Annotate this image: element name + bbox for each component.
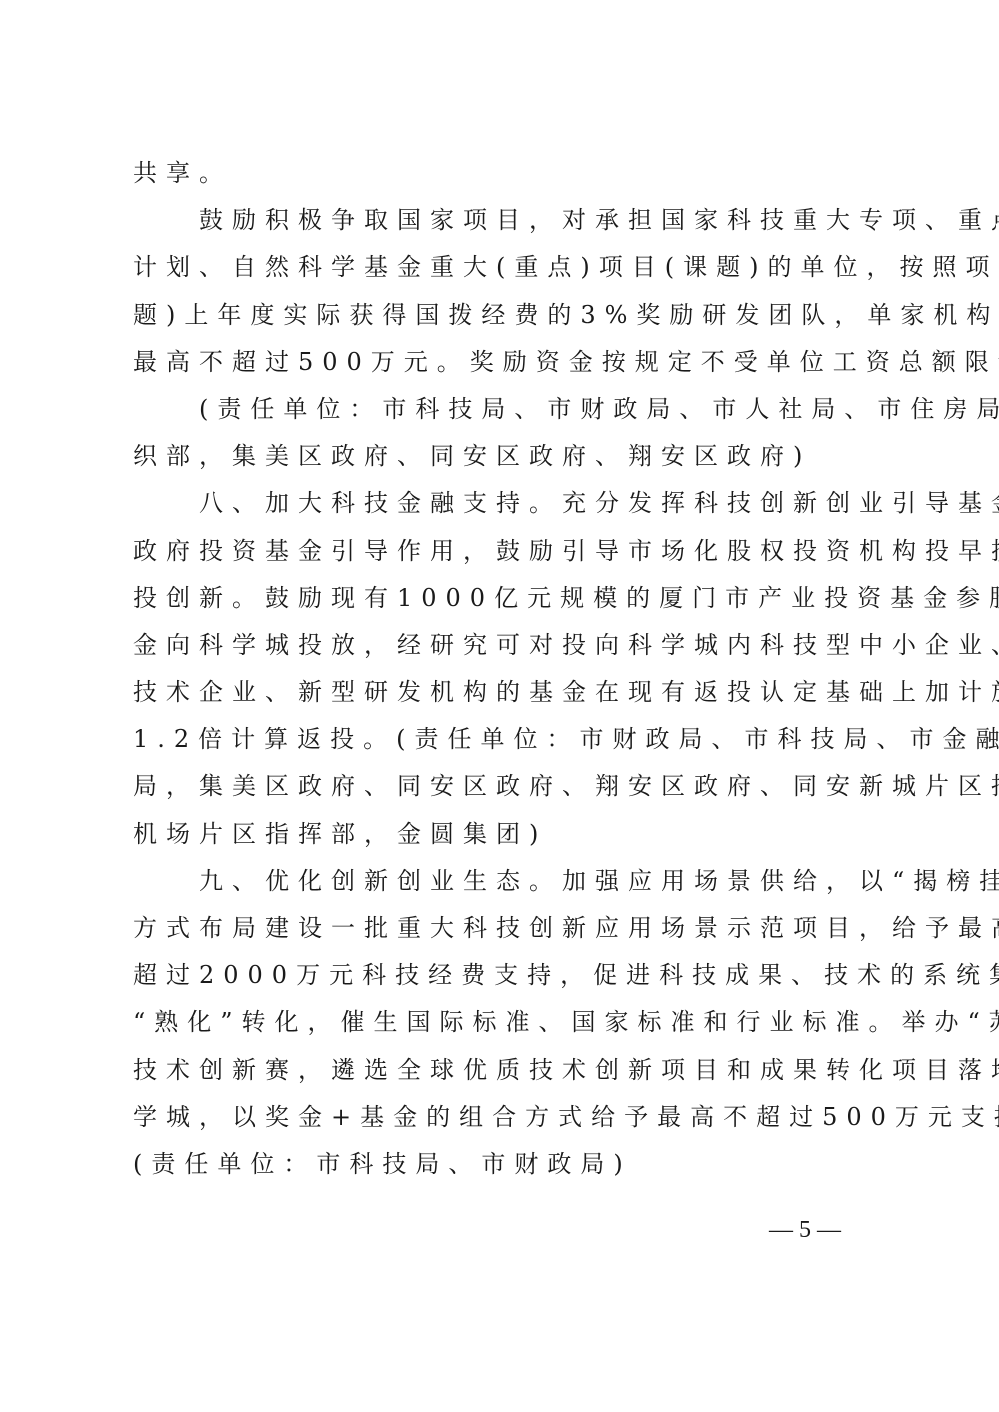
text-line: 织部，集美区政府、同安区政府、翔安区政府): [133, 433, 873, 480]
page-number: — 5 —: [760, 1210, 850, 1250]
text-line: 学城，以奖金+基金的组合方式给予最高不超过500万元支持。: [133, 1094, 873, 1141]
responsible-units-note: (责任单位：市科技局、市财政局): [133, 1141, 873, 1188]
text-line: 题)上年度实际获得国拨经费的3%奖励研发团队，单家机构每年: [133, 292, 873, 339]
responsible-units-note: (责任单位：市科技局、市财政局、市人社局、市住房局，市委组: [133, 386, 873, 433]
text-line: 1.2倍计算返投。(责任单位：市财政局、市科技局、市金融监管: [133, 716, 873, 763]
text-line: “熟化”转化，催生国际标准、国家标准和行业标准。举办“苏颂杯”: [133, 999, 873, 1046]
text-line: 投创新。鼓励现有1000亿元规模的厦门市产业投资基金参股基: [133, 575, 873, 622]
text-line-continuation: 共享。: [133, 150, 873, 197]
text-line: 金向科学城投放，经研究可对投向科学城内科技型中小企业、高新: [133, 622, 873, 669]
text-line: 超过2000万元科技经费支持，促进科技成果、技术的系统集成与: [133, 952, 873, 999]
document-page: 共享。 鼓励积极争取国家项目，对承担国家科技重大专项、重点研发 计划、自然科学基…: [0, 0, 999, 1412]
body-text: 共享。 鼓励积极争取国家项目，对承担国家科技重大专项、重点研发 计划、自然科学基…: [133, 150, 873, 1188]
text-line: 最高不超过500万元。奖励资金按规定不受单位工资总额限制。: [133, 339, 873, 386]
section-8-heading-paragraph: 八、加大科技金融支持。充分发挥科技创新创业引导基金等: [133, 480, 873, 527]
text-line: 技术创新赛，遴选全球优质技术创新项目和成果转化项目落地科: [133, 1047, 873, 1094]
text-line: 局，集美区政府、同安区政府、翔安区政府、同安新城片区指挥部、: [133, 763, 873, 810]
text-line: 计划、自然科学基金重大(重点)项目(课题)的单位，按照项目(课: [133, 244, 873, 291]
section-9-heading-paragraph: 九、优化创新创业生态。加强应用场景供给，以“揭榜挂帅”等: [133, 858, 873, 905]
text-line: 方式布局建设一批重大科技创新应用场景示范项目，给予最高不: [133, 905, 873, 952]
text-line: 政府投资基金引导作用，鼓励引导市场化股权投资机构投早投小: [133, 528, 873, 575]
text-line: 技术企业、新型研发机构的基金在现有返投认定基础上加计放大: [133, 669, 873, 716]
paragraph-national-projects: 鼓励积极争取国家项目，对承担国家科技重大专项、重点研发: [133, 197, 873, 244]
text-line: 机场片区指挥部，金圆集团): [133, 811, 873, 858]
